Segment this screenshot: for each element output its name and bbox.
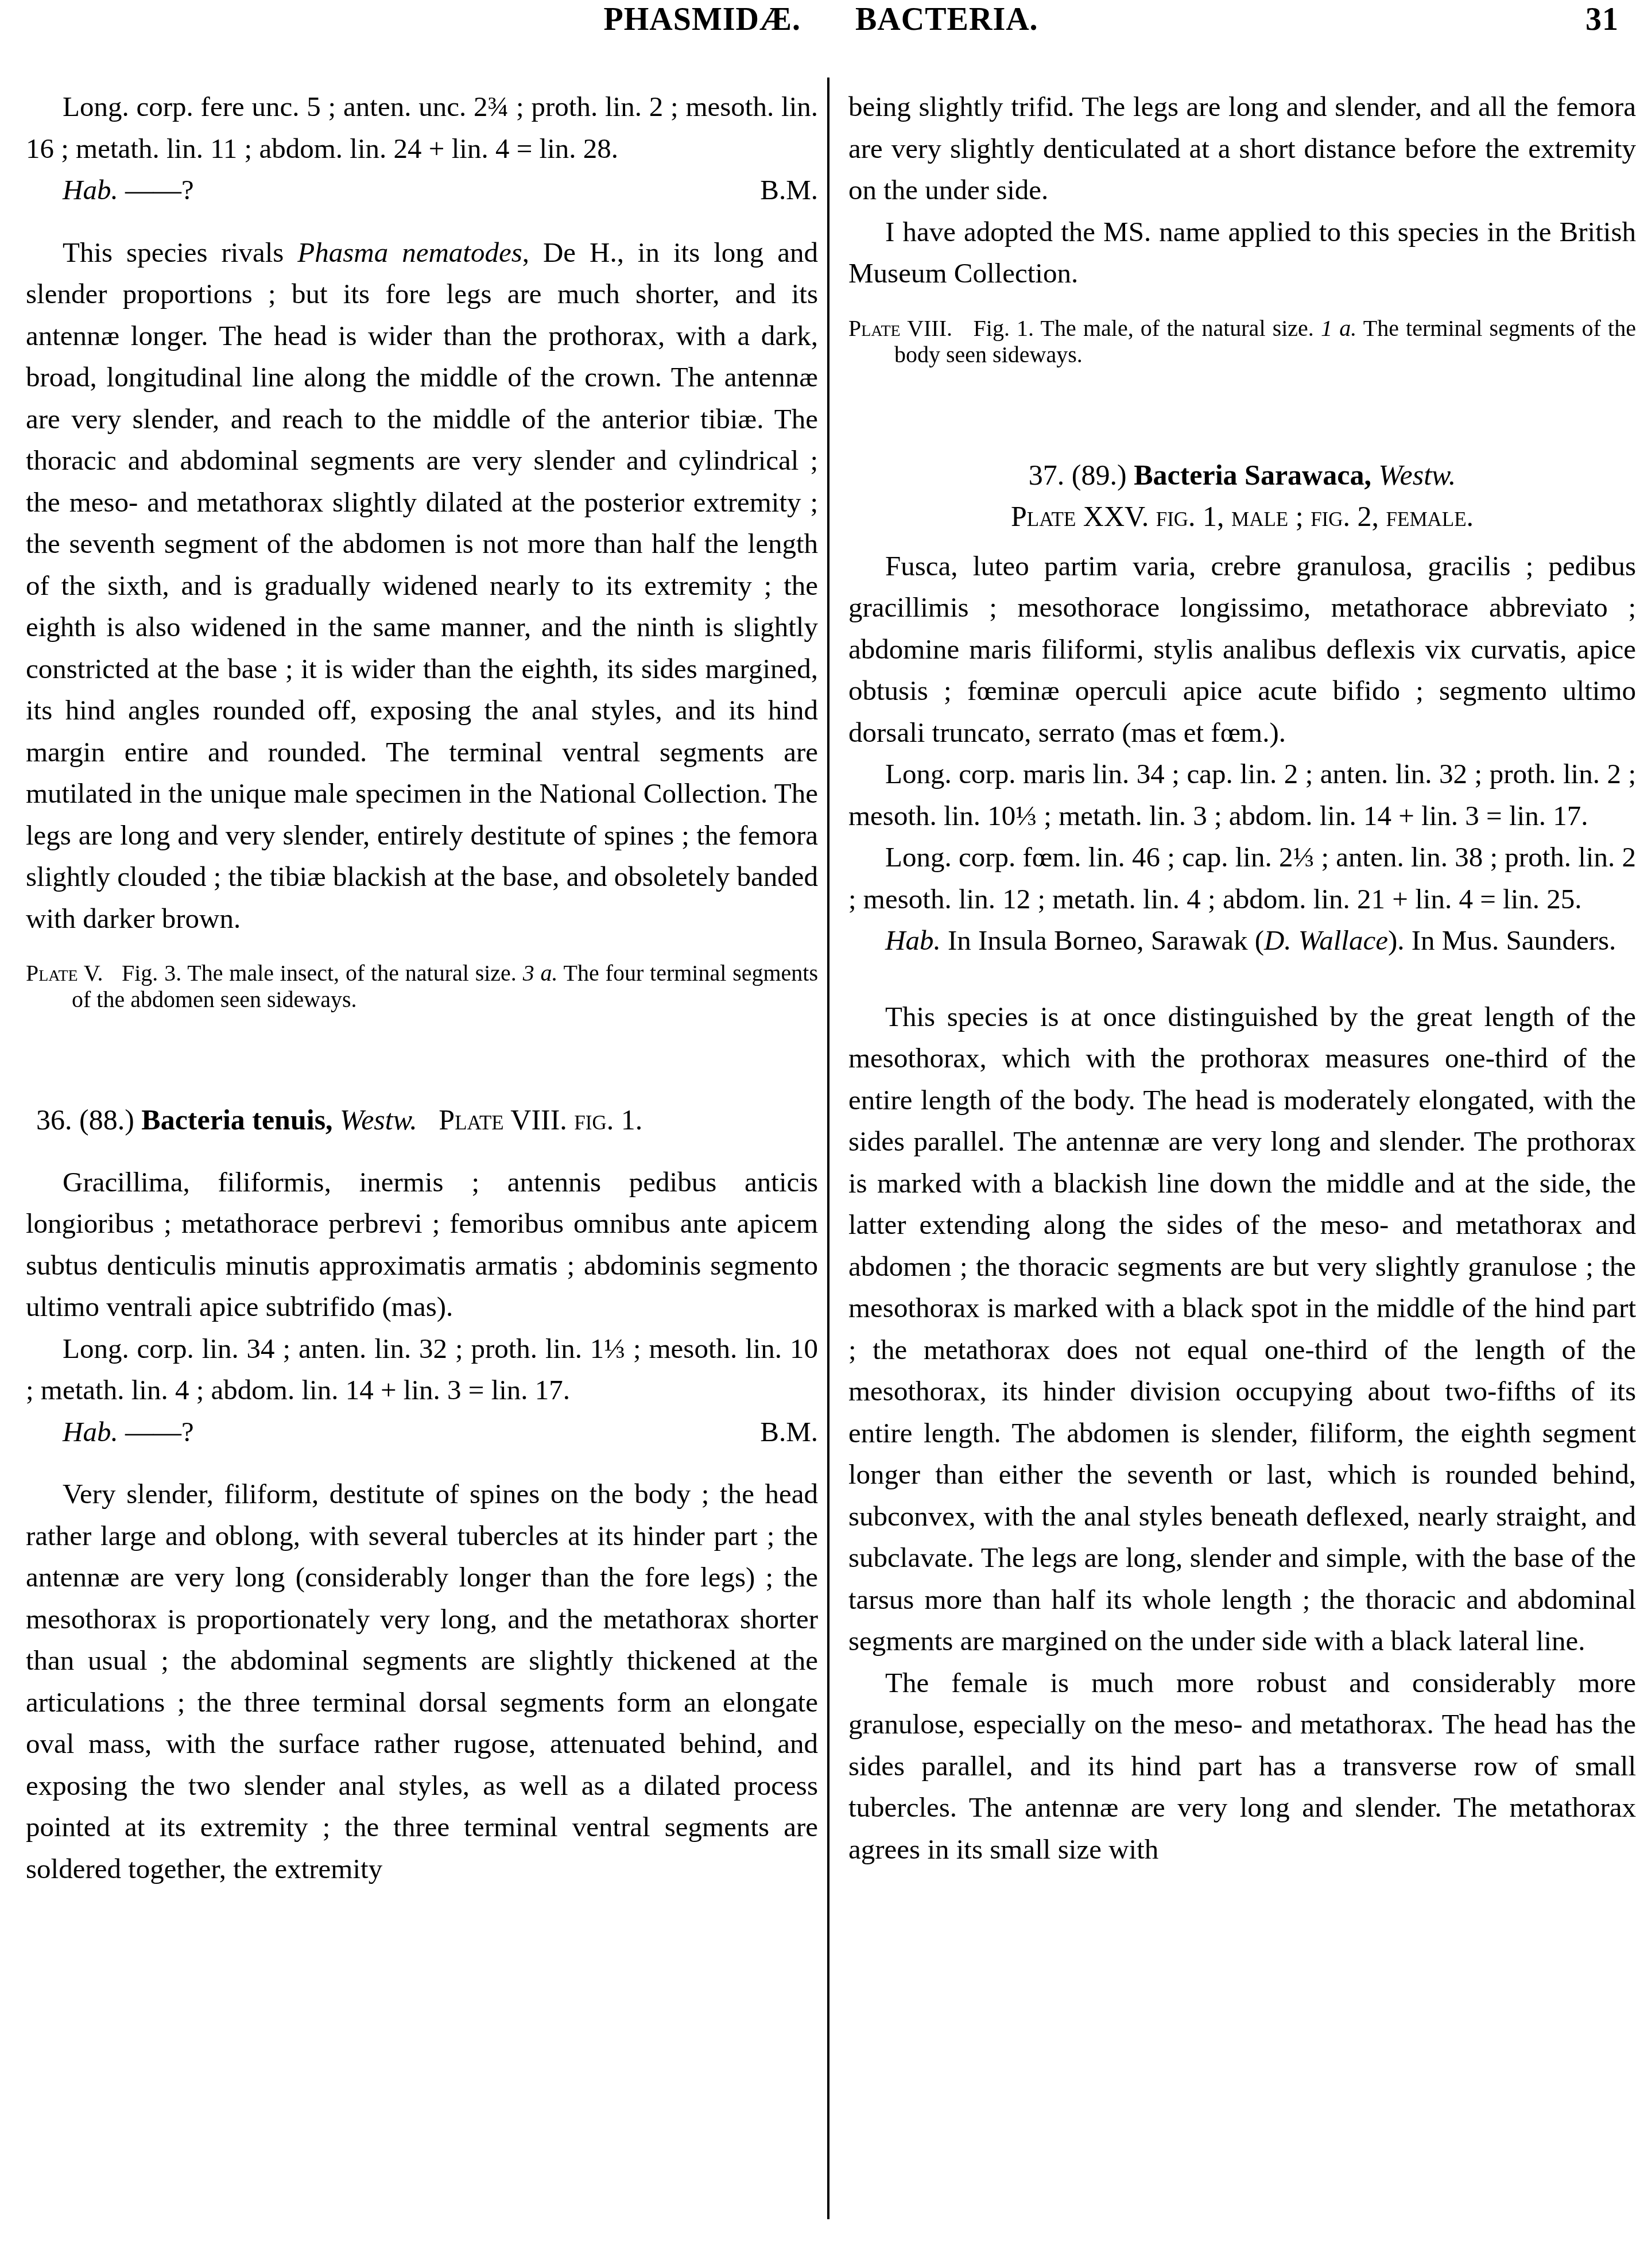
measurements-female: Long. corp. fœm. lin. 46 ; cap. lin. 2⅓ … <box>848 837 1636 920</box>
habitat-paragraph: Hab. In Insula Borneo, Sarawak (D. Walla… <box>848 920 1636 962</box>
species-heading: 37. (89.) Bacteria Sarawaca, Westw. <box>848 454 1636 496</box>
habitat-value: ——? <box>125 1416 194 1448</box>
description-continuation: being slightly trifid. The legs are long… <box>848 86 1636 211</box>
species-name: Bacteria Sarawaca, <box>1134 459 1371 491</box>
measurements-male: Long. corp. maris lin. 34 ; cap. lin. 2 … <box>848 753 1636 837</box>
page-number: 31 <box>1585 1 1619 38</box>
collector-name: D. Wallace <box>1264 924 1388 956</box>
species-number: 37. (89.) <box>1029 459 1127 491</box>
plate-reference: Plate XXV. fig. 1, male ; fig. 2, female… <box>848 496 1636 537</box>
habitat-label: Hab. <box>63 1416 118 1448</box>
collection-abbrev: B.M. <box>760 1411 818 1453</box>
habitat-value: ——? <box>125 174 194 206</box>
column-divider <box>827 78 829 2219</box>
habitat-line: Hab. ——? B.M. <box>26 169 818 211</box>
plate-caption: Plate V. Fig. 3. The male insect, of the… <box>26 960 818 1013</box>
species-number: 36. (88.) <box>36 1104 134 1136</box>
measurements-paragraph: Long. corp. lin. 34 ; anten. lin. 32 ; p… <box>26 1328 818 1411</box>
description-paragraph: This species is at once distinguished by… <box>848 996 1636 1662</box>
species-heading: 36. (88.) Bacteria tenuis, Westw. Plate … <box>26 1099 818 1141</box>
right-column: being slightly trifid. The legs are long… <box>848 86 1636 1870</box>
plate-label: Plate VIII. <box>848 315 952 341</box>
running-head-genus: BACTERIA. <box>855 1 1038 38</box>
running-head: PHASMIDÆ. BACTERIA. 31 <box>0 0 1636 46</box>
habitat-line: Hab. ——? B.M. <box>26 1411 818 1453</box>
description-female-paragraph: The female is much more robust and consi… <box>848 1662 1636 1871</box>
plate-reference: Plate VIII. fig. 1. <box>439 1104 642 1136</box>
ms-note-paragraph: I have adopted the MS. name applied to t… <box>848 211 1636 295</box>
species-name: Bacteria tenuis, <box>141 1104 332 1136</box>
left-column: Long. corp. fere unc. 5 ; anten. unc. 2¾… <box>26 86 818 1890</box>
habitat-label: Hab. <box>63 174 118 206</box>
collection-abbrev: B.M. <box>760 169 818 211</box>
description-paragraph: This species rivals Phasma nematodes, De… <box>26 232 818 940</box>
running-head-family: PHASMIDÆ. <box>604 1 801 38</box>
species-author: Westw. <box>1378 459 1456 491</box>
measurements-paragraph: Long. corp. fere unc. 5 ; anten. unc. 2¾… <box>26 86 818 169</box>
description-paragraph: Very slender, filiform, destitute of spi… <box>26 1473 818 1890</box>
habitat-label: Hab. <box>885 924 941 956</box>
species-reference: Phasma nematodes <box>297 237 522 268</box>
plate-caption: Plate VIII. Fig. 1. The male, of the nat… <box>848 315 1636 368</box>
species-author: Westw. <box>340 1104 417 1136</box>
plate-label: Plate V. <box>26 960 103 986</box>
latin-diagnosis: Gracillima, filiformis, inermis ; antenn… <box>26 1162 818 1328</box>
latin-diagnosis: Fusca, luteo partim varia, crebre granul… <box>848 545 1636 754</box>
